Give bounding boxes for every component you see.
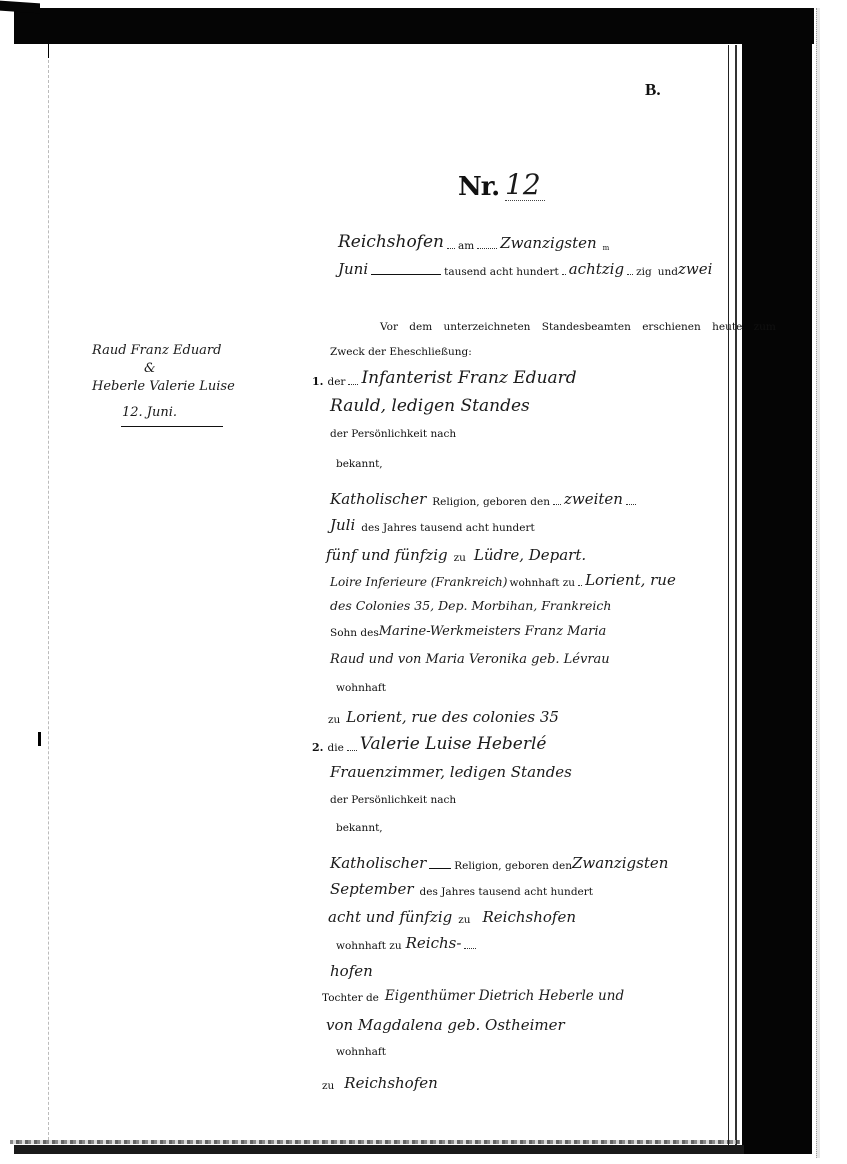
bride-birth-month-line: September des Jahres tausend acht hunder… [330,880,688,898]
residence-label: wohnhaft zu [336,940,402,952]
margin-rule [121,426,223,427]
groom-birth-month-line: Juli des Jahres tausend acht hundert [330,516,688,534]
bride-parents-2: von Magdalena geb. Ostheimer [326,1016,565,1034]
margin-note-line: 12. Juni. [92,400,252,426]
groom-parents-1: Marine-Werkmeisters Franz Maria [379,624,607,639]
scan-border-corner [0,1,40,14]
zig-label: zig [636,266,652,278]
known-label: bekannt, [336,822,383,834]
day-suffix: m [603,244,610,252]
bride-parents-residence-label-line: wohnhaft [330,1046,684,1058]
bride-birth-year-line: acht und fünfzig zu Reichshofen [328,908,688,926]
place-date-line-1: Reichshofen am Zwanzigsten m [338,232,688,252]
groom-parents-line: Sohn des Marine-Werkmeisters Franz Maria [330,624,690,639]
groom-known-line: bekannt, [330,458,680,470]
month-value: Juni [338,260,368,278]
margin-note-line: & [92,364,252,374]
bride-religion: Katholischer [330,854,426,872]
groom-birth-day: zweiten [564,490,623,508]
religion-label: Religion, geboren den [432,496,550,508]
bride-number: 2. [312,741,323,754]
bride-name: Valerie Luise Heberlé [360,734,547,754]
wohnhaft-label: wohnhaft [336,1046,386,1058]
page-left-tick [48,44,49,58]
bride-residence-line: wohnhaft zu Reichs- [330,934,680,952]
groom-residence: Lorient, rue [585,571,676,589]
bride-parents-1: Eigenthümer Dietrich Heberle und [385,988,624,1004]
und-label: und [658,266,678,278]
groom-residence-line-2: des Colonies 35, Dep. Morbihan, Frankrei… [330,598,682,613]
groom-residence-2: des Colonies 35, Dep. Morbihan, Frankrei… [330,598,611,613]
groom-surname-status: Rauld, ledigen Standes [330,396,530,416]
place-date-line-2: Juni tausend acht hundert achtzig zig un… [338,260,698,278]
scan-edge-line [816,8,820,1158]
scan-border-top [14,8,814,44]
groom-birth-year-line: fünf und fünfzig zu Lüdre, Depart. [326,546,684,564]
record-number: 12 [505,168,545,201]
page-letter: B. [645,80,661,100]
year-unit: zwei [678,260,712,278]
year-decade: achtzig [569,260,624,278]
am-label: am [458,240,474,252]
zu-label: zu [322,1080,334,1092]
bride-known-line: bekannt, [330,822,688,834]
bride-birth-year: acht und fünfzig [328,908,452,926]
year-label: des Jahres tausend acht hundert [361,522,534,534]
groom-birth-year: fünf und fünfzig [326,546,448,564]
son-label: Sohn des [330,627,379,639]
year-label: des Jahres tausend acht hundert [420,886,593,898]
known-label: bekannt, [336,458,383,470]
record-number-label: Nr. [458,172,499,202]
zu-label: zu [454,552,466,564]
der-label: der [327,376,345,388]
daughter-label: Tochter de [322,992,379,1004]
bride-residence-line-2: hofen [330,962,668,980]
page-bottom-edge [10,1140,740,1144]
groom-birth-place: Lüdre, Depart. [474,546,586,564]
bride-occupation-line: Frauenzimmer, ledigen Standes [330,763,680,781]
day-value: Zwanzigsten [500,234,596,252]
religion-label: Religion, geboren den [454,860,572,872]
bride-name-line: 2. die Valerie Luise Heberlé [312,734,682,754]
bride-birth-month: September [330,880,414,898]
groom-religion: Katholischer [330,490,426,508]
year-printed: tausend acht hundert [444,266,559,278]
identity-label: der Persönlichkeit nach [330,794,456,806]
groom-parents-line-2: Raud und von Maria Veronika geb. Lévrau [330,652,692,667]
intro-line-1: Vor dem unterzeichneten Standesbeamten e… [380,321,776,333]
groom-surname-line: Rauld, ledigen Standes [330,396,680,416]
groom-religion-line: Katholischer Religion, geboren den zweit… [330,490,688,508]
page-edge [728,45,737,1145]
scan-border-right [742,8,812,1154]
groom-parents-residence-line: zu Lorient, rue des colonies 35 [328,708,680,726]
bride-residence-2: hofen [330,962,373,980]
bride-identity-line: der Persönlichkeit nach [330,794,680,806]
zu-label: zu [328,714,340,726]
groom-birth-month: Juli [330,516,355,534]
zu-label: zu [458,914,470,926]
groom-parents-residence: Lorient, rue des colonies 35 [346,708,559,726]
bride-occupation: Frauenzimmer, ledigen Standes [330,763,572,781]
margin-note-line: Raud Franz Eduard [92,338,252,364]
bride-parents-line-2: von Magdalena geb. Ostheimer [326,1016,666,1034]
page-left-margin-line [48,60,50,1140]
groom-identity-line: der Persönlichkeit nach [330,428,680,440]
bride-parents-line: Tochter de Eigenthümer Dietrich Heberle … [322,988,684,1004]
groom-number: 1. [312,375,323,388]
place-value: Reichshofen [338,232,444,252]
wohnhaft-label: wohnhaft [336,682,386,694]
bride-religion-line: Katholischer Religion, geboren den Zwanz… [330,854,690,872]
margin-note: Raud Franz Eduard & Heberle Valerie Luis… [92,338,252,426]
margin-mark [38,732,41,746]
scan-border-bottom [14,1145,744,1154]
bride-residence: Reichs- [406,934,462,952]
groom-occupation-name: Infanterist Franz Eduard [361,368,576,388]
groom-name-line: 1. der Infanterist Franz Eduard [312,368,682,388]
bride-birth-place: Reichshofen [483,908,577,926]
groom-parents-residence-label-line: wohnhaft [330,682,682,694]
groom-residence-line: Loire Inferieure (Frankreich) wohnhaft z… [330,571,688,589]
identity-label: der Persönlichkeit nach [330,428,456,440]
bride-birth-day: Zwanzigsten [572,854,668,872]
groom-parents-2: Raud und von Maria Veronika geb. Lévrau [330,652,610,667]
die-label: die [327,742,343,754]
bride-parents-residence-line: zu Reichshofen [322,1074,668,1092]
intro-line-2: Zweck der Eheschließung: [330,346,472,358]
groom-birth-place-2: Loire Inferieure (Frankreich) [330,575,507,589]
bride-parents-residence: Reichshofen [344,1074,438,1092]
residence-label: wohnhaft zu [509,577,575,589]
margin-note-line: Heberle Valerie Luise [92,374,252,400]
